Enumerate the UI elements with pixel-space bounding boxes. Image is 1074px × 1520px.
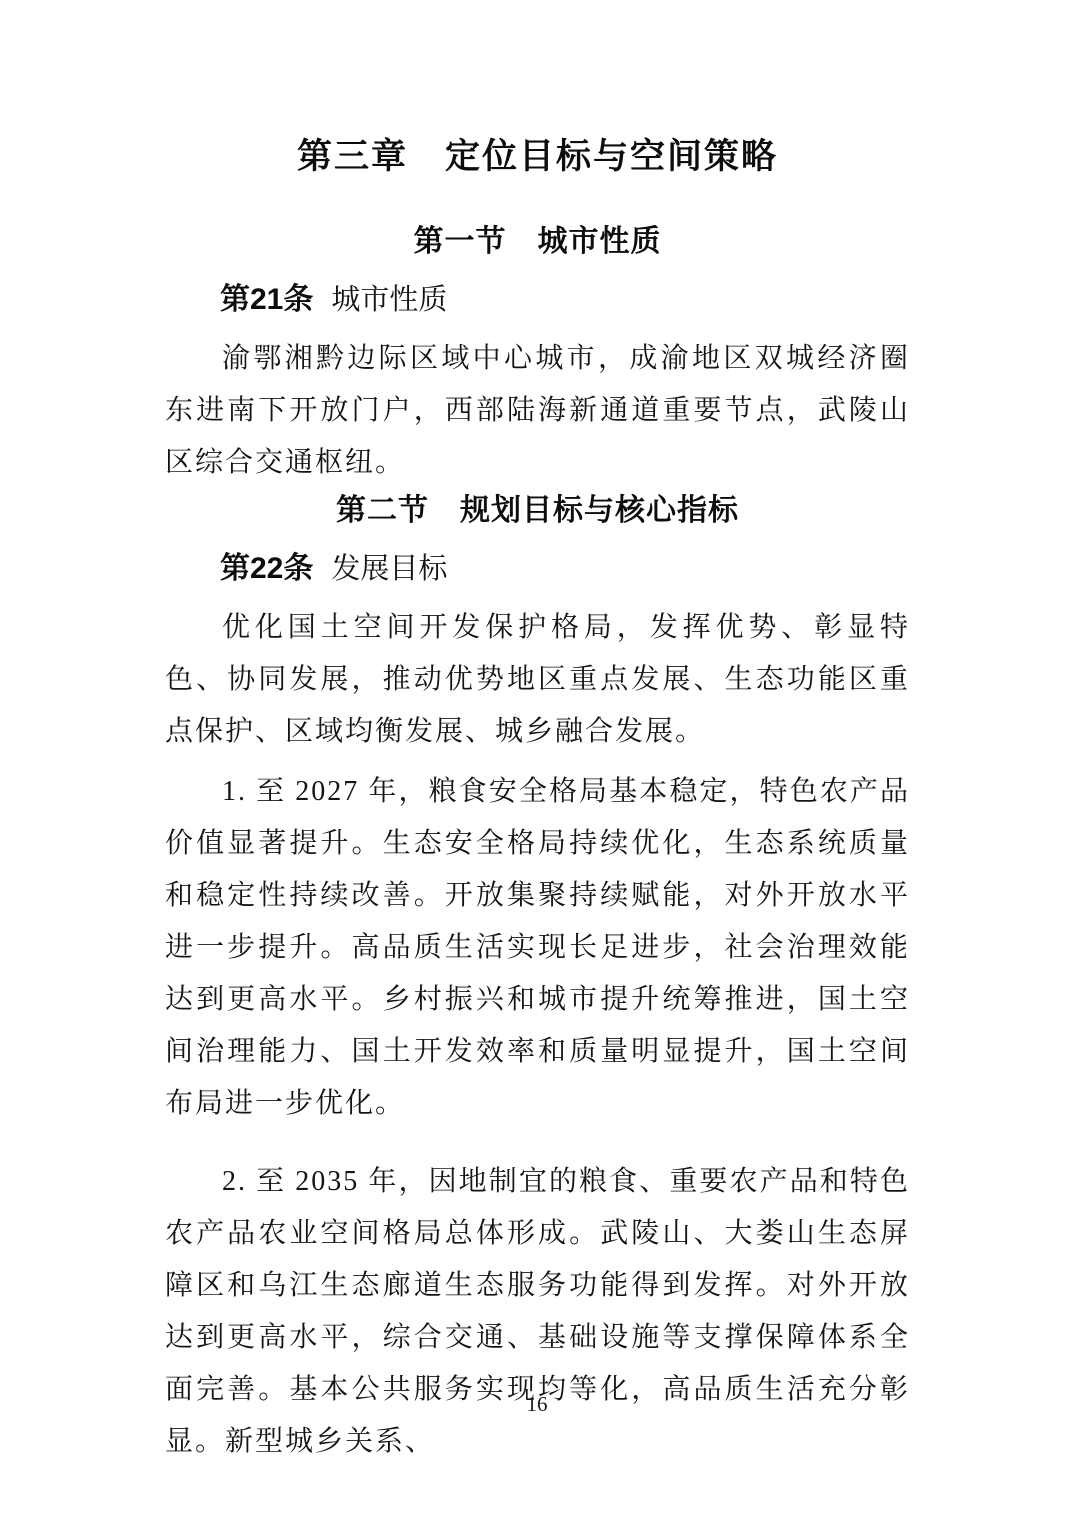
- section-1-title: 第一节 城市性质: [165, 224, 910, 260]
- article-22-heading: 第22条发展目标: [165, 549, 910, 594]
- article-22-paragraph-3: 2. 至 2035 年，因地制宜的粮食、重要农产品和特色农产品农业空间格局总体形…: [165, 1156, 910, 1468]
- page-number: 16: [0, 1392, 1074, 1417]
- article-22-number: 第22条: [220, 552, 313, 585]
- article-21-number: 第21条: [220, 283, 313, 316]
- chapter-title: 第三章 定位目标与空间策略: [165, 136, 910, 178]
- article-22-title: 发展目标: [331, 553, 447, 585]
- section-2-title: 第二节 规划目标与核心指标: [165, 493, 910, 529]
- article-22-paragraph-1: 优化国土空间开发保护格局，发挥优势、彰显特色、协同发展，推动优势地区重点发展、生…: [165, 602, 910, 758]
- article-21-title: 城市性质: [331, 284, 447, 316]
- article-21-paragraph-1: 渝鄂湘黔边际区域中心城市，成渝地区双城经济圈东进南下开放门户，西部陆海新通道重要…: [165, 333, 910, 489]
- document-page: 第三章 定位目标与空间策略 第一节 城市性质 第21条城市性质 渝鄂湘黔边际区域…: [0, 0, 1074, 1520]
- article-22-paragraph-2: 1. 至 2027 年，粮食安全格局基本稳定，特色农产品价值显著提升。生态安全格…: [165, 766, 910, 1130]
- article-21-heading: 第21条城市性质: [165, 280, 910, 325]
